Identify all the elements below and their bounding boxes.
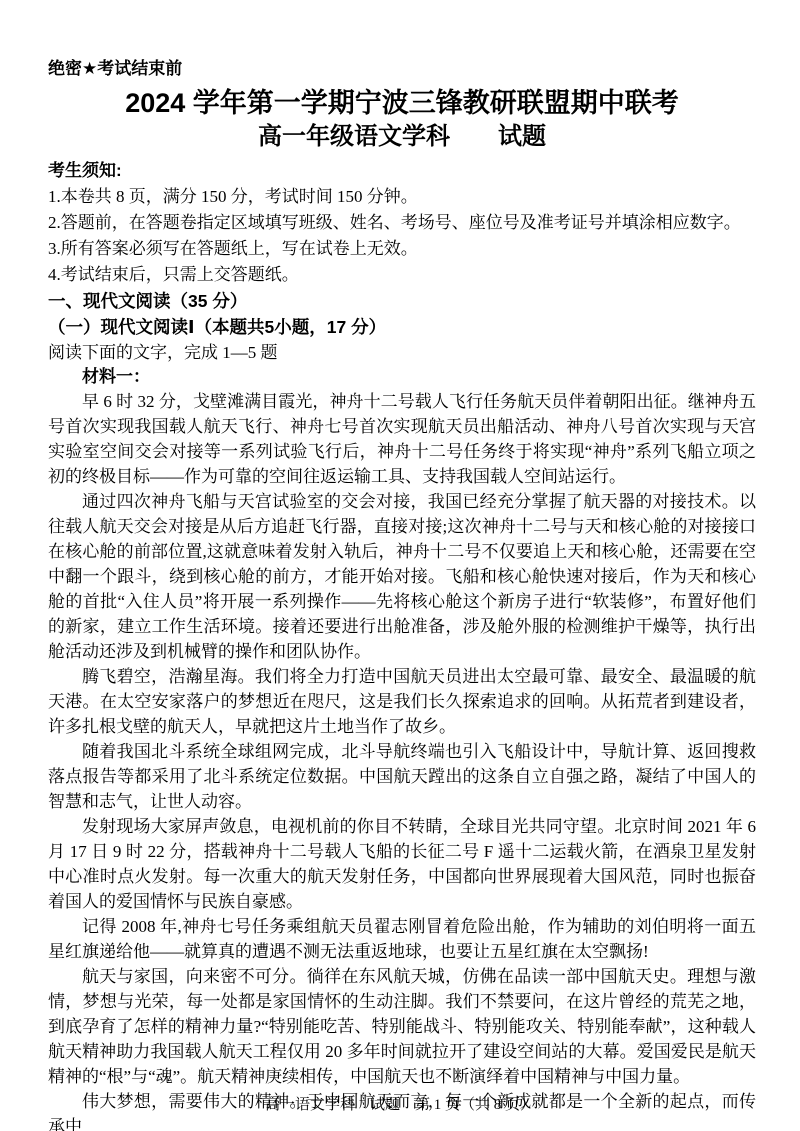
material-one-label: 材料一： [48, 365, 756, 389]
notice-item-3: 3.所有答案必须写在答题纸上，写在试卷上无效。 [48, 236, 756, 262]
exam-paper-page: 绝密★考试结束前 2024 学年第一学期宁波三锋教研联盟期中联考 高一年级语文学… [0, 0, 800, 1131]
security-notice: 绝密★考试结束前 [48, 58, 756, 80]
candidate-notice-heading: 考生须知: [48, 158, 756, 184]
reading-passage: 早 6 时 32 分，戈壁滩满目霞光，神舟十二号载人飞行任务航天员伴着朝阳出征。… [48, 389, 756, 1131]
reading-instruction: 阅读下面的文字，完成 1—5 题 [48, 340, 756, 365]
exam-subtitle: 高一年级语文学科 试题 [48, 121, 756, 153]
page-footer: 高一语文学科 试题 第 1 页（共 8 页） [0, 1095, 800, 1115]
passage-paragraph-5: 发射现场大家屏声敛息，电视机前的你目不转睛，全球目光共同守望。北京时间 2021… [48, 814, 756, 914]
passage-paragraph-2: 通过四次神舟飞船与天宫试验室的交会对接，我国已经充分掌握了航天器的对接技术。以往… [48, 489, 756, 664]
notice-item-2: 2.答题前，在答题卷指定区域填写班级、姓名、考场号、座位号及准考证号并填涂相应数… [48, 210, 756, 236]
subsection-heading-reading-one: （一）现代文阅读Ⅰ（本题共5小题，17 分） [48, 314, 756, 340]
exam-title: 2024 学年第一学期宁波三锋教研联盟期中联考 [48, 86, 756, 120]
passage-paragraph-3: 腾飞碧空，浩瀚星海。我们将全力打造中国航天员进出太空最可靠、最安全、最温暖的航天… [48, 664, 756, 739]
passage-paragraph-7: 航天与家国，向来密不可分。徜徉在东风航天城，仿佛在品读一部中国航天史。理想与激情… [48, 964, 756, 1089]
notice-item-1: 1.本卷共 8 页，满分 150 分，考试时间 150 分钟。 [48, 184, 756, 210]
passage-paragraph-4: 随着我国北斗系统全球组网完成，北斗导航终端也引入飞船设计中，导航计算、返回搜救落… [48, 739, 756, 814]
candidate-notice-list: 1.本卷共 8 页，满分 150 分，考试时间 150 分钟。 2.答题前，在答… [48, 184, 756, 288]
section-heading-modern-reading: 一、现代文阅读（35 分） [48, 288, 756, 314]
notice-item-4: 4.考试结束后，只需上交答题纸。 [48, 262, 756, 288]
passage-paragraph-1: 早 6 时 32 分，戈壁滩满目霞光，神舟十二号载人飞行任务航天员伴着朝阳出征。… [48, 389, 756, 489]
passage-paragraph-6: 记得 2008 年,神舟七号任务乘组航天员翟志刚冒着危险出舱，作为辅助的刘伯明将… [48, 914, 756, 964]
